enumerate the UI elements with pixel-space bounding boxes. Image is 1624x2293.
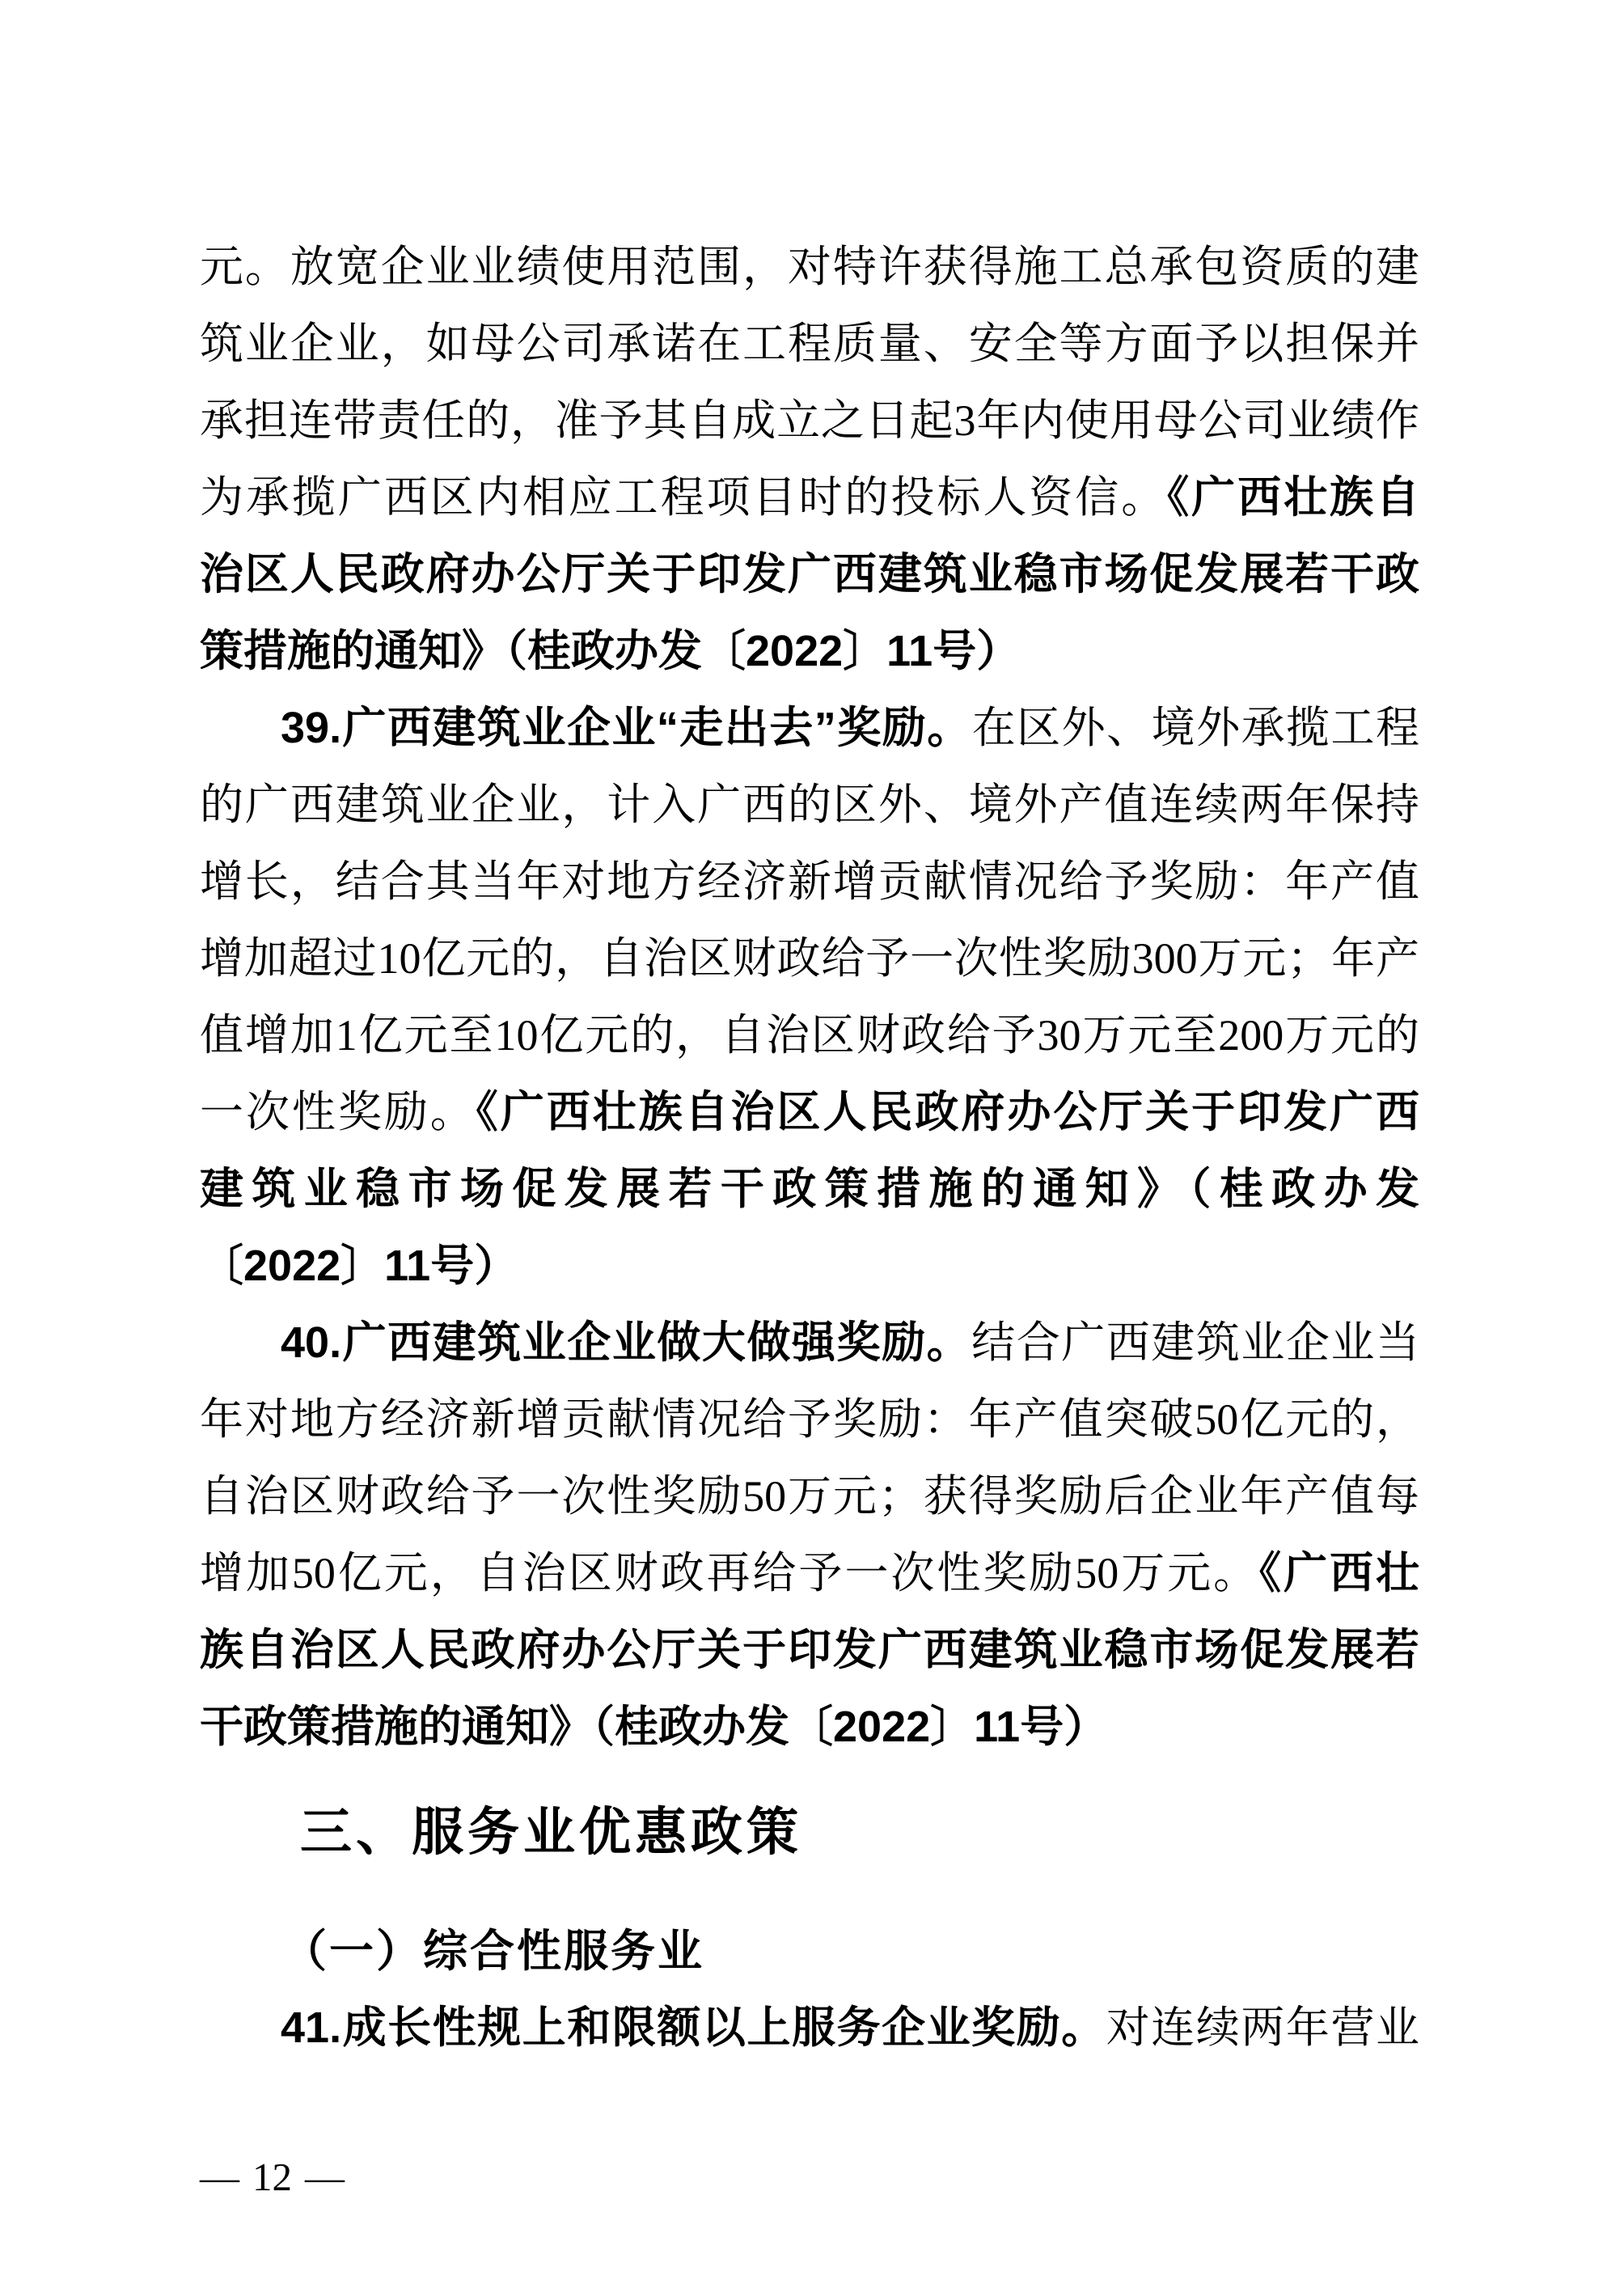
text-run-bold: 〔2022〕11号） [200, 1242, 518, 1290]
document-page: 元。放宽企业业绩使用范围，对特许获得施工总承包资质的建筑业企业，如母公司承诺在工… [0, 0, 1624, 2293]
text-run-bold: 建筑业稳市场促发展若干政策措施的通知》（桂政办发 [200, 1165, 1419, 1213]
text-run-bold: 策措施的通知》（桂政办发〔2022〕11号） [200, 627, 1020, 675]
text-run-bold: 《广西壮族自治区人民政府办公厅关于印发广西 [476, 1088, 1419, 1136]
text-line: 为承揽广西区内相应工程项目时的投标人资信。《广西壮族自 [200, 459, 1419, 536]
text-run-bold: 族自治区人民政府办公厅关于印发广西建筑业稳市场促发展若 [200, 1626, 1419, 1674]
text-run: 的广西建筑业企业，计入广西的区外、境外产值连续两年保持 [200, 781, 1419, 829]
text-line: 增长，结合其当年对地方经济新增贡献情况给予奖励：年产值 [200, 844, 1419, 920]
text-run: 承担连带责任的，准予其自成立之日起3年内使用母公司业绩作 [200, 396, 1419, 445]
text-run: 自治区财政给予一次性奖励50万元；获得奖励后企业年产值每 [200, 1472, 1419, 1521]
text-line: 39.广西建筑业企业“走出去”奖励。在区外、境外承揽工程 [200, 690, 1419, 767]
text-line: 年对地方经济新增贡献情况给予奖励：年产值突破50亿元的， [200, 1381, 1419, 1458]
document-body: 元。放宽企业业绩使用范围，对特许获得施工总承包资质的建筑业企业，如母公司承诺在工… [200, 229, 1419, 2067]
text-run: 筑业企业，如母公司承诺在工程质量、安全等方面予以担保并 [200, 319, 1419, 368]
text-run-bold: 《广西壮 [1259, 1549, 1419, 1597]
text-line: 治区人民政府办公厅关于印发广西建筑业稳市场促发展若干政 [200, 536, 1419, 613]
page-number: 12 [252, 2155, 292, 2199]
text-line: 承担连带责任的，准予其自成立之日起3年内使用母公司业绩作 [200, 383, 1419, 459]
text-run: 结合广西建筑业企业当 [971, 1318, 1419, 1367]
text-run-bold: 39.广西建筑业企业“走出去”奖励。 [281, 704, 972, 752]
text-run-bold: 《广西壮族自 [1167, 473, 1419, 522]
text-line: 策措施的通知》（桂政办发〔2022〕11号） [200, 613, 1419, 690]
text-line: 干政策措施的通知》（桂政办发〔2022〕11号） [200, 1689, 1419, 1766]
text-line: 族自治区人民政府办公厅关于印发广西建筑业稳市场促发展若 [200, 1612, 1419, 1689]
footer-dash-right: — [305, 2155, 345, 2199]
text-line: 增加50亿元，自治区财政再给予一次性奖励50万元。《广西壮 [200, 1535, 1419, 1612]
text-run: 对连续两年营业 [1106, 2003, 1419, 2052]
heading-line: 三、服务业优惠政策 [200, 1792, 1419, 1872]
text-line: 值增加1亿元至10亿元的，自治区财政给予30万元至200万元的 [200, 997, 1419, 1074]
text-run: 在区外、境外承揽工程 [972, 704, 1419, 752]
text-line: 41.成长性规上和限额以上服务企业奖励。对连续两年营业 [200, 1990, 1419, 2067]
text-run: 增长，结合其当年对地方经济新增贡献情况给予奖励：年产值 [200, 857, 1419, 906]
text-run-bold: 41.成长性规上和限额以上服务企业奖励。 [281, 2003, 1106, 2052]
text-run-bold: 干政策措施的通知》（桂政办发〔2022〕11号） [200, 1703, 1107, 1751]
text-line: 自治区财政给予一次性奖励50万元；获得奖励后企业年产值每 [200, 1458, 1419, 1535]
text-run: 一次性奖励。 [200, 1088, 476, 1136]
page-footer: —12— [200, 2153, 345, 2202]
footer-dash-left: — [200, 2155, 239, 2199]
text-run: 元。放宽企业业绩使用范围，对特许获得施工总承包资质的建 [200, 243, 1419, 291]
text-run: 年对地方经济新增贡献情况给予奖励：年产值突破50亿元的， [200, 1395, 1419, 1444]
text-run: 值增加1亿元至10亿元的，自治区财政给予30万元至200万元的 [200, 1011, 1419, 1060]
text-run-bold: 治区人民政府办公厅关于印发广西建筑业稳市场促发展若干政 [200, 550, 1419, 599]
text-run: 增加超过10亿元的，自治区财政给予一次性奖励300万元；年产 [200, 934, 1419, 983]
text-line: 增加超过10亿元的，自治区财政给予一次性奖励300万元；年产 [200, 920, 1419, 997]
subheading-line: （一）综合性服务业 [200, 1913, 1419, 1990]
text-line: 筑业企业，如母公司承诺在工程质量、安全等方面予以担保并 [200, 306, 1419, 383]
text-line: 一次性奖励。《广西壮族自治区人民政府办公厅关于印发广西 [200, 1074, 1419, 1151]
text-line: 建筑业稳市场促发展若干政策措施的通知》（桂政办发 [200, 1151, 1419, 1228]
text-run-bold: 40.广西建筑业企业做大做强奖励。 [281, 1318, 971, 1367]
text-line: 元。放宽企业业绩使用范围，对特许获得施工总承包资质的建 [200, 229, 1419, 306]
text-line: 40.广西建筑业企业做大做强奖励。结合广西建筑业企业当 [200, 1305, 1419, 1381]
text-line: 的广西建筑业企业，计入广西的区外、境外产值连续两年保持 [200, 767, 1419, 844]
text-run-bold: 三、服务业优惠政策 [300, 1803, 802, 1861]
text-run: 增加50亿元，自治区财政再给予一次性奖励50万元。 [200, 1549, 1259, 1597]
text-line: 〔2022〕11号） [200, 1228, 1419, 1305]
text-run-bold: （一）综合性服务业 [282, 1926, 704, 1976]
text-run: 为承揽广西区内相应工程项目时的投标人资信。 [200, 473, 1167, 522]
